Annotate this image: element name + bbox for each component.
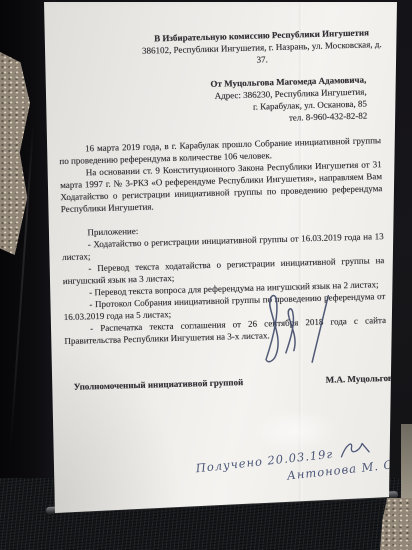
body-paragraph-2: На основании ст. 9 Конституционного Зако… xyxy=(60,158,383,215)
sender-block: От Муцольгова Магомеда Адамовича, Адрес:… xyxy=(39,74,367,131)
pen-flourish-scribble-icon xyxy=(338,437,374,460)
signature-scribble-icon xyxy=(250,287,342,367)
paper-sheet: В Избирательную комиссию Республики Ингу… xyxy=(0,0,412,550)
recipient-block: В Избирательную комиссию Республики Ингу… xyxy=(138,26,386,69)
signatory-name: М.А. Муцольгов xyxy=(325,372,392,386)
signatory-role: Уполномоченный инициативной группой xyxy=(74,376,244,393)
photo-of-document: В Избирательную комиссию Республики Ингу… xyxy=(0,0,412,550)
document-content: В Избирательную комиссию Республики Ингу… xyxy=(37,0,404,520)
handwritten-note: Получено 20.03.19г Антонова М. С. xyxy=(195,435,399,494)
body-block: 16 марта 2019 года, в г. Карабулак прошл… xyxy=(59,134,383,215)
signature-row: Уполномоченный инициативной группой М.А.… xyxy=(74,372,393,393)
fabric-strip-right xyxy=(401,424,412,510)
